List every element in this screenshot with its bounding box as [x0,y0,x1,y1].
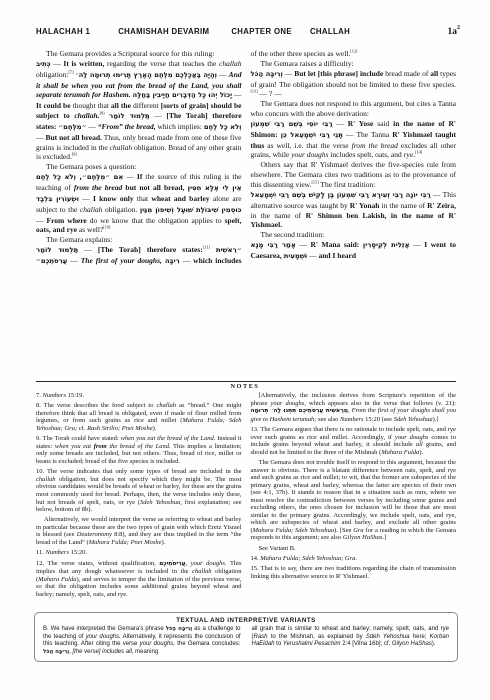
text-run: 15:20. [69,549,87,556]
text-run: do we know that the obligation applies t… [87,216,225,225]
text-run: The Gemara does not respond to this argu… [251,99,457,118]
text-run: But not all bread. [45,133,101,142]
text-run: The Gemara raises a difficulty: [261,59,354,68]
main-right-column: of the other three species as well.[12]T… [251,49,457,269]
footnote-reference: [8] [100,111,105,116]
text-run: challah. [74,111,99,120]
text-run: Numbers [43,392,66,399]
text-run: R' Mana said: [310,240,359,249]
hebrew-text: עֲרִיסֹתֵיכֶם [159,561,185,567]
text-run: B. We have interpreted the Gemara's phra… [43,626,166,632]
text-run: Sdeh Yehoshua, [140,499,182,506]
paragraph: of the other three species as well.[12] [251,49,457,59]
text-run: It could be [36,101,71,110]
hebrew-text: רַבִּי יוֹנָה רַבִּי זְעִירָא רַבִּי שִׁ… [251,191,431,199]
text-run: — [232,90,241,99]
text-run: [the verse] includes all, [72,649,133,655]
text-run: The first of your doughs, [81,256,162,265]
text-run: which appears also in the verse that fol… [306,400,456,407]
hebrew-text: ״מִלֶּחֶם״ [58,123,86,131]
text-run: — [296,240,311,249]
text-run: — [36,216,47,225]
footnote-reference: [12] [350,49,357,54]
text-run: includes spelt, oats, and rye. [328,150,415,159]
text-run: different [131,101,161,110]
header-parashah: CHAMISHAH DEVARIM [118,27,209,36]
text-run: ). [419,449,423,456]
hebrew-text: אִם ״מִלֶּחֶם״, וְלֹא כָל לֶחֶם [36,173,123,181]
text-run: from the bread [352,141,398,150]
text-run: challah [192,568,212,575]
text-run: The first tradition: [319,180,376,189]
text-run: your doughs, [271,400,306,407]
text-run: — [86,122,97,131]
footnote-reference: [15] [311,179,318,184]
text-run: when you eat [55,443,94,450]
hebrew-text: רַבִּי יוֹסֵי בְּשֵׁם רַבִּי שִׁמְעוֹן [251,120,333,128]
text-run: I know only [93,194,134,203]
text-run: Mahara Fulda [381,449,419,456]
notes-title: NOTES [0,383,490,390]
paragraph: The Gemara does not trouble itself to re… [251,459,457,542]
text-run: which includes [193,256,241,265]
text-run: Mahara Fulda; Pnei Moshe [89,539,162,546]
hebrew-text: תָּנֵי רַבִּי יִשְׁמָעֵאל כֵּן [281,131,343,139]
paragraph: אִם ״מִלֶּחֶם״, וְלֹא כָל לֶחֶם — If the… [36,172,242,235]
notes-section: 7. Numbers 15:19.8. The verse describes … [36,392,456,611]
hebrew-text: תַּלְמוּד לוֹמַר [109,112,150,120]
paragraph: 8. The verse describes the food subject … [36,402,242,432]
text-run: — [123,172,137,181]
hebrew-text: תַּלְמוּד לוֹמַר [36,246,78,254]
header-chapter: CHAPTER ONE [231,27,292,36]
text-run: your doughs. [191,560,227,567]
text-run: R' Yonah [350,201,380,210]
paragraph: 15. That is to say, there are two tradit… [251,565,457,580]
text-run: Yerushalmi Pesachim [283,641,341,647]
text-run: R' Yose [348,119,374,128]
text-run: all [416,441,423,448]
text-run: Deuteronomy [77,531,112,538]
paragraph: The Gemara does not respond to this argu… [251,99,457,119]
text-run: which implies: [156,122,204,131]
text-run: meaning [133,649,158,655]
text-run: obligation: [36,70,69,79]
footnote-reference: [9] [72,152,77,157]
text-run: obligation. [102,205,139,214]
text-run: — [78,245,98,254]
paragraph: כְּתִיב — It is written, regarding the v… [36,59,242,162]
text-run: — [67,256,80,265]
text-run: From where [47,216,87,225]
text-run: 15:19. [66,392,84,399]
text-run: [The Torah] therefore states: [98,245,203,254]
text-run: and I heard [319,251,357,260]
text-run: here; [410,634,430,640]
paragraph: 7. Numbers 15:19. [36,392,242,400]
text-run: 15:20 (see [364,416,394,423]
paragraph: The second tradition: [251,230,457,240]
text-run: Mahara Fulda; Sdeh Yehoshua; Gra. [260,555,357,562]
text-run: bread made of [383,69,430,78]
variants-left-column: B. We have interpreted the Gemara's phra… [43,626,241,656]
text-run: — [307,251,318,260]
hebrew-text: וְלֹא כָל לֶחֶם [204,123,242,131]
text-run: 2:4 [Vilna 16b]; cf. [341,641,392,647]
text-run: all the [111,101,131,110]
text-run: 10. The verse indicates that only some t… [36,468,242,475]
text-run: — [217,70,229,79]
paragraph: [Alternatively, the inclusion derives fr… [251,392,457,423]
text-run: challah [157,402,177,409]
paragraph: תַּלְמוּד לוֹמַר — [The Torah] therefore… [36,245,242,269]
text-run: ).] [433,416,439,423]
paragraph: 13. The Gemara argues that there is no r… [251,426,457,456]
hebrew-text: מֵרֵאשִׁית עֲרִסֹתֵיכֶם תִּתְּנוּ לַה׳ ת… [251,408,349,414]
text-run: your doughs. [86,634,121,640]
text-run: Numbers [46,549,69,556]
text-run: your doughs, [140,641,175,647]
paragraph: The Gemara raises a difficulty: [251,59,457,69]
text-run: regarding the verse that teaches the [104,59,219,68]
paragraph: See Variant B. [251,545,457,553]
paragraph: 10. The verse indicates that only some t… [36,468,242,513]
paragraph: 14. Mahara Fulda; Sdeh Yehoshua; Gra. [251,555,457,563]
variants-title: TEXTUAL AND INTERPRETIVE VARIANTS [43,617,449,624]
text-run: thought that [71,101,111,110]
text-run: But let [this phrase] include [294,69,383,78]
text-run: Gilyon HaShas [392,641,432,647]
text-run: 14. [251,555,261,562]
text-run: The Gemara does not trouble itself to re… [251,459,457,534]
paragraph: אָמַר רַבִּי מָנָא — R' Mana said: אֲזֵל… [251,240,457,262]
footnote-reference: [13] [251,89,258,94]
text-run: bread made [36,267,71,269]
text-run: from [94,443,107,450]
text-run: ). [See [334,527,353,534]
text-run: your doughs [291,150,328,159]
text-run: said [373,119,393,128]
header-halachah: HALACHAH 1 [36,27,90,36]
text-run: challah [110,143,133,152]
text-run: Gilyon HaShas [343,534,383,541]
text-run: as well, i.e. that the verse [264,141,351,150]
text-run: 9. The Torah could have stated: [36,435,121,442]
text-run: See Variant B. [259,545,296,552]
text-run: Numbers [340,416,363,423]
text-run: — [180,256,193,265]
notes-right-column: [Alternatively, the inclusion derives fr… [251,392,457,611]
hebrew-text: אָמַר רַבִּי מָנָא [251,241,296,249]
hebrew-text: כְּתִיב [36,60,51,68]
text-run: Rash Sirilio; Pnei Moshe [87,425,153,432]
text-run: — [283,69,294,78]
paragraph: all grain that is similar to wheat and b… [252,626,450,649]
hebrew-text: וּשְׁמָעִית [284,252,308,260]
text-run: — [79,194,93,203]
text-run: challah [219,59,242,68]
folio-superscript: 2 [457,25,460,31]
footnote-reference: [11] [203,245,210,250]
variants-right-column: all grain that is similar to wheat and b… [252,626,450,656]
text-run: It is written, [63,59,104,68]
text-run: 11. [36,549,46,556]
text-run: as well? [77,225,103,234]
text-run: — [51,59,64,68]
text-run: challah [36,476,56,483]
text-run: The Gemara poses a question: [46,162,136,171]
text-run: in the name of [379,201,427,210]
hebrew-text: כּוּסְמִין שִׁיבּוֹלֶת שׁוּעָל וְשִׁיפוֹ… [140,206,242,214]
text-run: Rash [254,634,268,640]
variants-columns: B. We have interpreted the Gemara's phra… [43,626,449,656]
paragraph: 12. The verse states, without qualificat… [36,560,242,599]
text-run: R' Zeira, [427,201,456,210]
text-run: the Gemara concludes: [175,641,241,647]
paragraph: Alternatively, we would interpret the ve… [36,516,242,546]
text-run: Mahara Fulda; Sdeh Yehoshua [253,527,335,534]
text-run: 15. That is to say, there are two tradit… [251,565,457,580]
text-run: — ? — [258,89,282,98]
text-run: the bread of the Land. [107,443,171,450]
text-run: see also [316,416,340,423]
paragraph: Others say that R' Yishmael derives the … [251,160,457,190]
hebrew-text: וְרִיבָּה הַכֹּל [43,649,69,655]
paragraph: The Gemara provides a Scriptural source … [36,49,242,59]
text-run: — [333,119,348,128]
text-run: “From” the bread, [98,122,156,131]
text-run: all [430,69,438,78]
main-left-column: The Gemara provides a Scriptural source … [36,49,242,269]
folio-number: 1a2 [448,26,461,37]
text-run: — [410,240,425,249]
header-tractate: CHALLAH [310,27,350,36]
hebrew-text: וְרִיבָּה הַכֹּל [166,626,192,632]
text-run: to [275,641,283,647]
paragraph: B. We have interpreted the Gemara's phra… [43,626,241,656]
text-run: Sdeh Yehoshua [394,416,433,423]
page-header: HALACHAH 1 CHAMISHAH DEVARIM CHAPTER ONE… [36,26,460,37]
text-run: The Gemara explains: [46,235,112,244]
text-run: ). [161,539,165,546]
text-run: of the other three species as well. [251,49,351,58]
gemara-elucidation: The Gemara provides a Scriptural source … [36,49,456,269]
footnote-reference: [10] [103,225,110,230]
text-run: 8. The verse describes the food subject … [36,402,157,409]
text-run: — [150,111,167,120]
text-run: .] [382,534,386,541]
folio-main: 1a [448,27,458,37]
text-run: Gra [353,527,363,534]
paragraph: The Gemara poses a question: [36,162,242,172]
hebrew-text: אֲזֵלִית לְקֵיסָרִין [363,241,410,249]
notes-divider-rule [36,381,456,382]
text-run: — The Tanna [343,130,392,139]
text-run: ). [153,425,157,432]
text-run: that [134,194,152,203]
text-run: to the Mishnah, as explained by [268,634,366,640]
text-run: wheat and barley [151,194,209,203]
text-run: in the name of [251,211,306,220]
hebrew-text: וְרִיבָּה הַכֹּל [251,70,283,78]
paragraph: רַבִּי יוֹנָה רַבִּי זְעִירָא רַבִּי שִׁ… [251,190,457,230]
text-run: but not all bread, [125,183,184,192]
hebrew-text: וְהָיָה בַּאֲכָלְכֶם מִלֶּחֶם הָאָרֶץ תָ… [76,71,217,79]
text-run: your doughs [395,434,429,441]
footnote-reference: [7] [69,69,74,74]
notes-left-column: 7. Numbers 15:19.8. The verse describes … [36,392,242,611]
text-run: cf. [77,425,87,432]
text-run: from the bread [74,183,122,192]
text-run: Sdeh Yehoshua [366,634,410,640]
paragraph: 11. Numbers 15:20. [36,549,242,557]
talmud-page: HALACHAH 1 CHAMISHAH DEVARIM CHAPTER ONE… [0,0,490,700]
text-run: Mahara Fulda [38,576,76,583]
text-run: when you eat the bread of the Land. [121,435,216,442]
footnote-reference: [14] [415,150,422,155]
paragraph: The Gemara explains: [36,235,242,245]
paragraph: 9. The Torah could have stated: when you… [36,435,242,465]
variants-box: TEXTUAL AND INTERPRETIVE VARIANTS B. We … [34,612,458,662]
text-run: challah [80,205,103,214]
text-run: ). [432,641,436,647]
paragraph: וְרִיבָּה הַכֹּל — But let [this phrase]… [251,69,457,100]
text-run: 12. The verse states, without qualificat… [36,560,159,567]
hebrew-text: רִיבָּה [165,257,180,265]
text-run: The Gemara provides a Scriptural source … [46,49,214,58]
hebrew-text: יָכוֹל יְהוּ כָּל הַדְּבָרִים חַיָּיבִין… [133,91,233,99]
text-run: The second tradition: [261,230,325,239]
paragraph: רַבִּי יוֹסֵי בְּשֵׁם רַבִּי שִׁמְעוֹן —… [251,119,457,160]
